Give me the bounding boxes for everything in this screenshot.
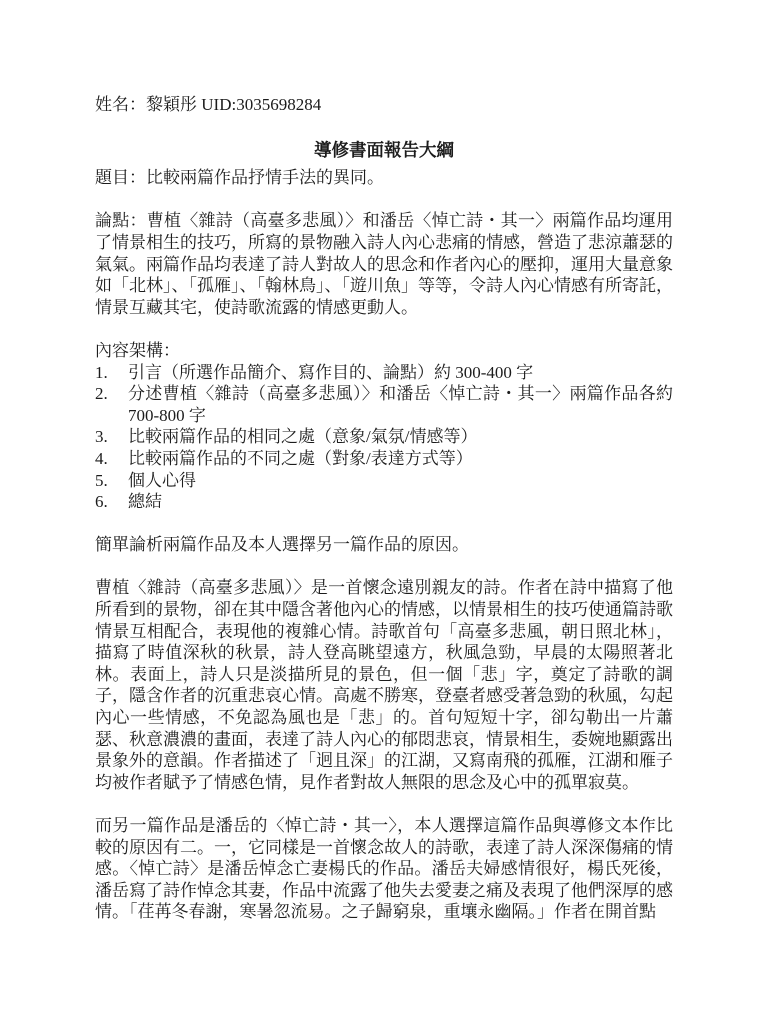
outline-item-text: 引言（所選作品簡介、寫作目的、論點）約 300-400 字 xyxy=(128,363,533,382)
outline-item-text: 比較兩篇作品的相同之處（意象/氣氛/情感等） xyxy=(128,427,477,446)
outline-list: 1. 引言（所選作品簡介、寫作目的、論點）約 300-400 字 2. 分述曹植… xyxy=(95,362,673,513)
outline-item-text: 總結 xyxy=(128,492,162,511)
selection-reason-note: 簡單論析兩篇作品及本人選擇另一篇作品的原因。 xyxy=(95,534,673,556)
document-page: 姓名：黎穎彤 UID:3035698284 導修書面報告大綱 題目：比較兩篇作品… xyxy=(0,0,768,1024)
outline-heading: 內容架構： xyxy=(95,340,673,362)
outline-item-2: 2. 分述曹植〈雜詩（高臺多悲風）〉和潘岳〈悼亡詩・其一〉兩篇作品各約 700-… xyxy=(95,383,673,426)
analysis-paragraph-panyue: 而另一篇作品是潘岳的〈悼亡詩・其一〉，本人選擇這篇作品與導修文本作比較的原因有二… xyxy=(95,815,673,923)
author-line: 姓名：黎穎彤 UID:3035698284 xyxy=(95,94,673,116)
outline-item-number: 1. xyxy=(95,362,108,384)
outline-item-number: 6. xyxy=(95,491,108,513)
outline-item-number: 2. xyxy=(95,383,108,405)
outline-item-text: 分述曹植〈雜詩（高臺多悲風）〉和潘岳〈悼亡詩・其一〉兩篇作品各約 700-800… xyxy=(128,384,673,425)
outline-item-number: 3. xyxy=(95,426,108,448)
outline-item-text: 個人心得 xyxy=(128,471,196,490)
outline-item-number: 5. xyxy=(95,470,108,492)
topic-line: 題目：比較兩篇作品抒情手法的異同。 xyxy=(95,167,673,189)
analysis-paragraph-caozhi: 曹植〈雜詩（高臺多悲風）〉是一首懷念遠別親友的詩。作者在詩中描寫了他所看到的景物… xyxy=(95,577,673,793)
outline-item-text: 比較兩篇作品的不同之處（對象/表達方式等） xyxy=(128,449,473,468)
outline-item-6: 6. 總結 xyxy=(95,491,673,513)
outline-item-number: 4. xyxy=(95,448,108,470)
outline-item-5: 5. 個人心得 xyxy=(95,470,673,492)
thesis-paragraph: 論點：曹植〈雜詩（高臺多悲風）〉和潘岳〈悼亡詩・其一〉兩篇作品均運用了情景相生的… xyxy=(95,210,673,318)
outline-item-3: 3. 比較兩篇作品的相同之處（意象/氣氛/情感等） xyxy=(95,426,673,448)
outline-item-1: 1. 引言（所選作品簡介、寫作目的、論點）約 300-400 字 xyxy=(95,362,673,384)
report-title: 導修書面報告大綱 xyxy=(95,140,673,162)
outline-item-4: 4. 比較兩篇作品的不同之處（對象/表達方式等） xyxy=(95,448,673,470)
document-content: 姓名：黎穎彤 UID:3035698284 導修書面報告大綱 題目：比較兩篇作品… xyxy=(95,94,673,945)
